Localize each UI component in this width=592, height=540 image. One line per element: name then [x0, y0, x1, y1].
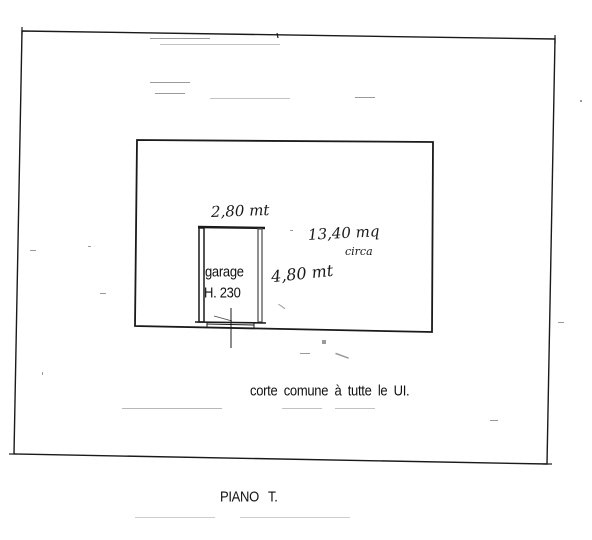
floor-title: PIANO T. [220, 489, 278, 504]
building-footprint [135, 140, 433, 332]
lot-boundary [14, 31, 555, 464]
garage-area-annotation: 13,40 mq [308, 224, 380, 243]
garage-area-qualifier: circa [345, 246, 373, 257]
garage-height-label: H. 230 [204, 285, 241, 300]
garage-width-annotation: 2,80 mt [211, 203, 270, 220]
courtyard-label: corte comune à tutte le UI. [250, 383, 409, 398]
garage-name-label: garage [205, 264, 244, 279]
